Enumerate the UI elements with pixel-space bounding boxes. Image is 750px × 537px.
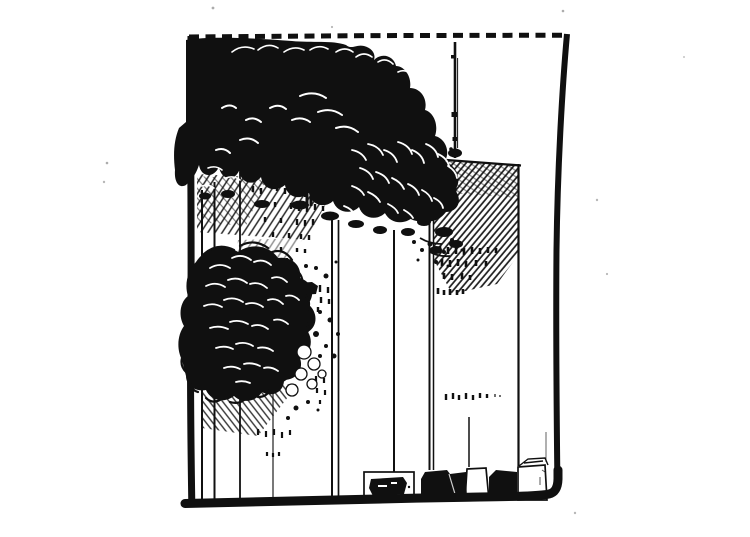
puff-protrusion — [282, 282, 318, 296]
drawing — [0, 0, 750, 537]
building-dark-scribble — [369, 477, 407, 496]
illustration-canvas — [0, 0, 750, 537]
frame-top-dashed — [189, 35, 563, 37]
